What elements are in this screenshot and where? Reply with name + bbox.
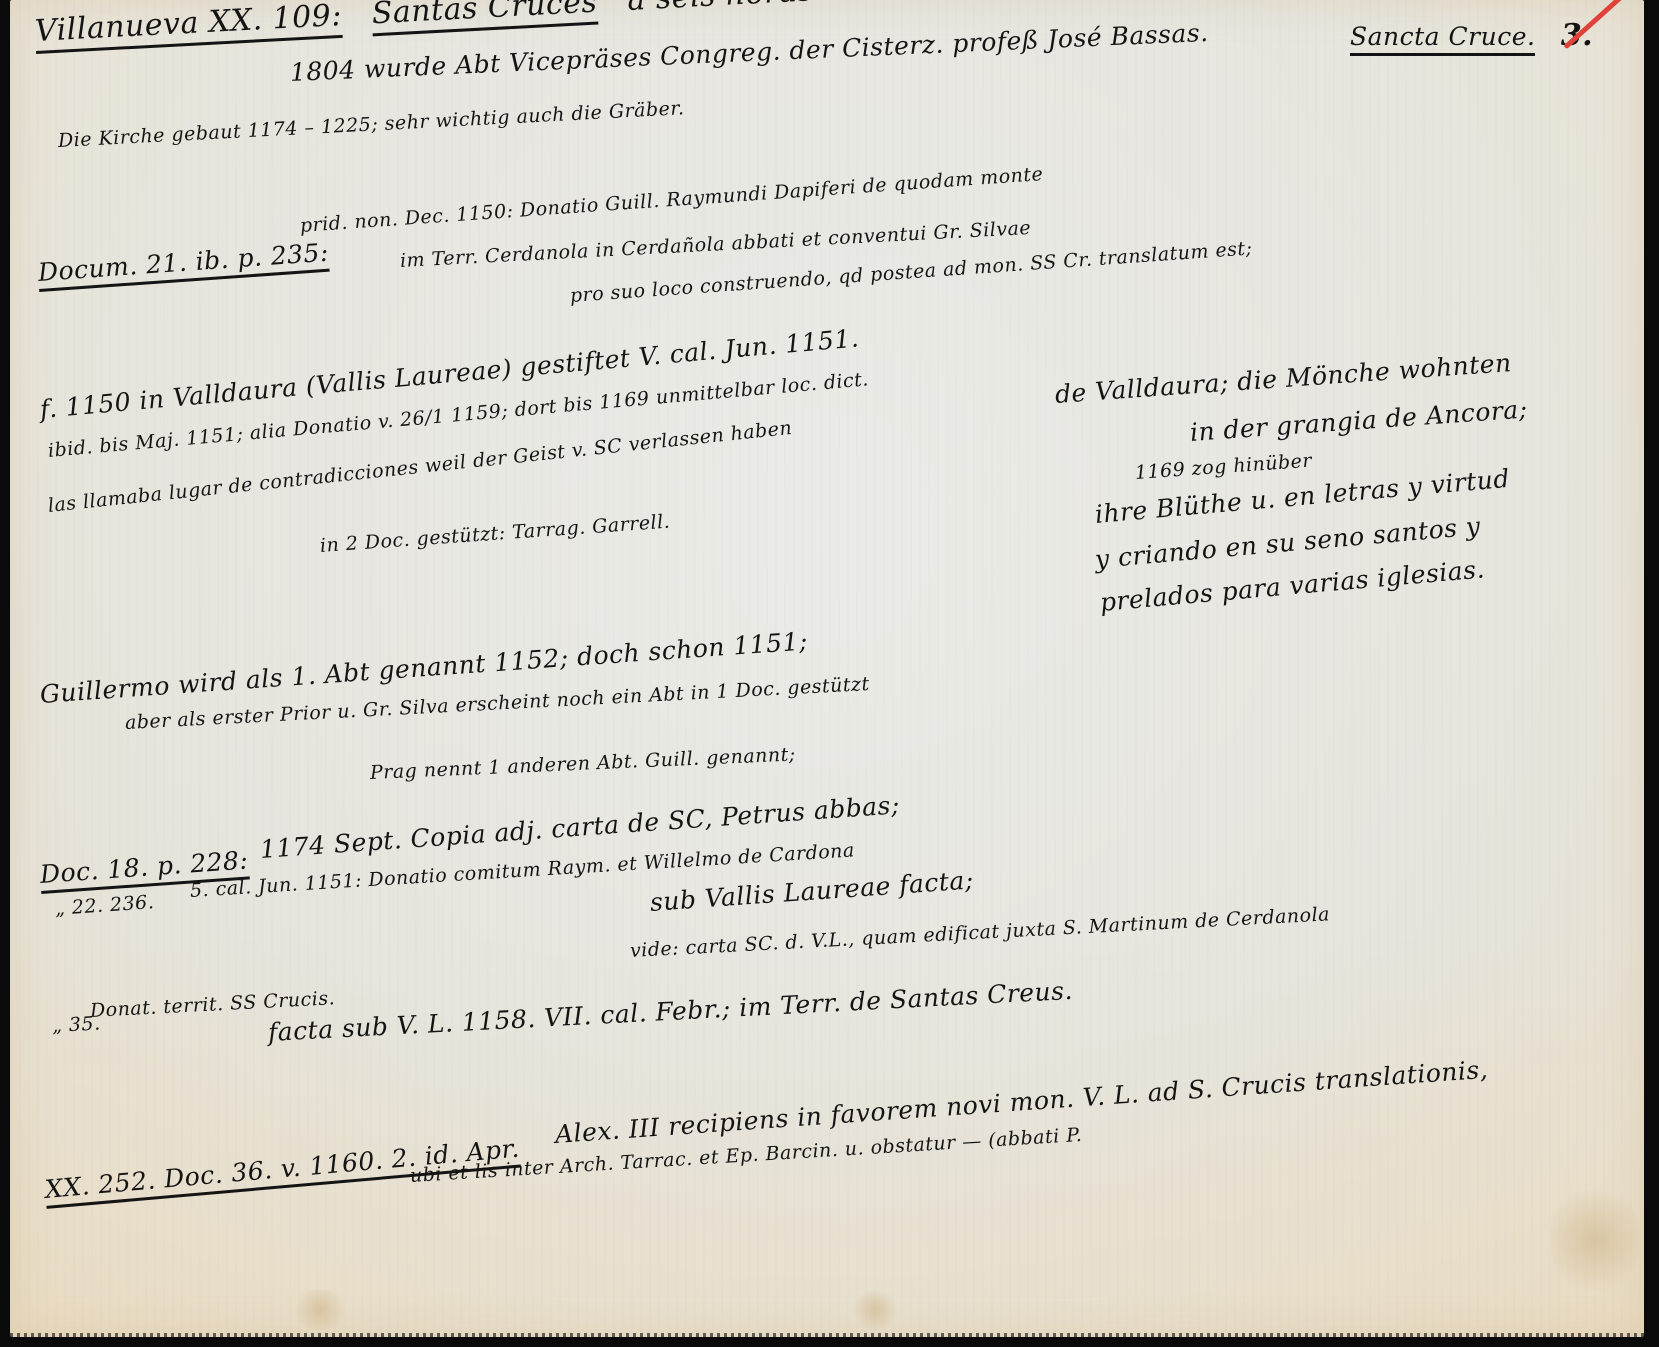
section-5-subref: „ 22. 236.	[54, 891, 155, 920]
page-marker-label: Sancta Cruce.	[1350, 22, 1535, 56]
source-reference: Villanueva XX. 109:	[34, 0, 343, 54]
section-3-line-3: 1169 zog hinüber	[1134, 450, 1312, 484]
manuscript-page: Villanueva XX. 109: Santas Cruces á seis…	[10, 0, 1644, 1337]
section-1-ref: Docum. 21. ib. p. 235:	[37, 238, 330, 287]
paper-stain	[1550, 1180, 1640, 1300]
header-location: á seis horas de Tarragona, al norte;	[626, 0, 1186, 18]
paper-stain	[290, 1290, 350, 1330]
section-3-line-2: in der grangia de Ancora;	[1189, 394, 1528, 447]
section-4-line-3: Prag nennt 1 anderen Abt. Guill. genannt…	[370, 743, 797, 784]
section-5-line-3: sub Vallis Laureae facta;	[649, 865, 975, 917]
header-line-3: Die Kirche gebaut 1174 – 1225; sehr wich…	[57, 97, 684, 152]
torn-edge	[10, 1333, 1644, 1341]
section-2-line-4: in 2 Doc. gestützt: Tarrag. Garrell.	[319, 511, 671, 557]
paper-stain	[850, 1290, 900, 1330]
page-marker: Sancta Cruce. 3.	[1350, 18, 1593, 53]
section-5-line-4: vide: carta SC. d. V.L., quam edificat j…	[629, 903, 1330, 962]
section-6-line-2: facta sub V. L. 1158. VII. cal. Febr.; i…	[267, 976, 1073, 1047]
monastery-title: Santas Cruces	[371, 0, 598, 36]
